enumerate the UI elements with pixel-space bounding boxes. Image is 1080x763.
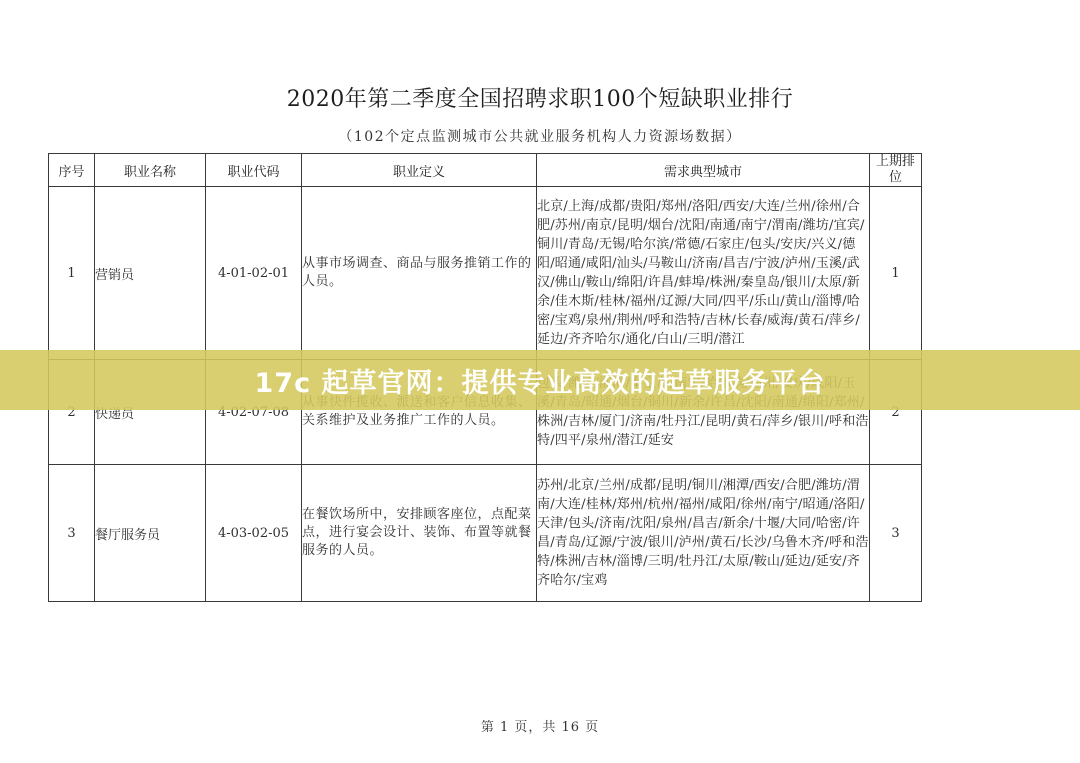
- table-header-row: 序号 职业名称 职业代码 职业定义 需求典型城市 上期排位: [49, 154, 922, 187]
- header-prev-rank: 上期排位: [870, 154, 922, 187]
- previous-rank: 1: [870, 187, 922, 360]
- occupation-code: 4-01-02-01: [206, 187, 302, 360]
- occupation-definition: 从事市场调查、商品与服务推销工作的人员。: [302, 187, 537, 360]
- occupation-name: 餐厅服务员: [95, 465, 206, 602]
- header-definition: 职业定义: [302, 154, 537, 187]
- table-row: 3 餐厅服务员 4-03-02-05 在餐饮场所中，安排顾客座位，点配菜点，进行…: [49, 465, 922, 602]
- banner-text: 17c 起草官网：提供专业高效的起草服务平台: [255, 361, 826, 400]
- document-title: 2020年第二季度全国招聘求职100个短缺职业排行: [0, 82, 1080, 113]
- row-index: 3: [49, 465, 95, 602]
- page-indicator: 第 1 页，共 16 页: [0, 716, 1080, 735]
- watermark-banner: 17c 起草官网：提供专业高效的起草服务平台: [0, 350, 1080, 410]
- occupation-code: 4-03-02-05: [206, 465, 302, 602]
- previous-rank: 3: [870, 465, 922, 602]
- header-code: 职业代码: [206, 154, 302, 187]
- typical-cities: 北京/上海/成都/贵阳/郑州/洛阳/西安/大连/兰州/徐州/合肥/苏州/南京/昆…: [537, 187, 870, 360]
- header-index: 序号: [49, 154, 95, 187]
- table-row: 1 营销员 4-01-02-01 从事市场调查、商品与服务推销工作的人员。 北京…: [49, 187, 922, 360]
- typical-cities: 苏州/北京/兰州/成都/昆明/铜川/湘潭/西安/合肥/潍坊/渭南/大连/桂林/郑…: [537, 465, 870, 602]
- header-name: 职业名称: [95, 154, 206, 187]
- occupation-name: 营销员: [95, 187, 206, 360]
- row-index: 1: [49, 187, 95, 360]
- occupation-definition: 在餐饮场所中，安排顾客座位，点配菜点，进行宴会设计、装饰、布置等就餐服务的人员。: [302, 465, 537, 602]
- document-subtitle: （102个定点监测城市公共就业服务机构人力资源场数据）: [0, 126, 1080, 146]
- header-cities: 需求典型城市: [537, 154, 870, 187]
